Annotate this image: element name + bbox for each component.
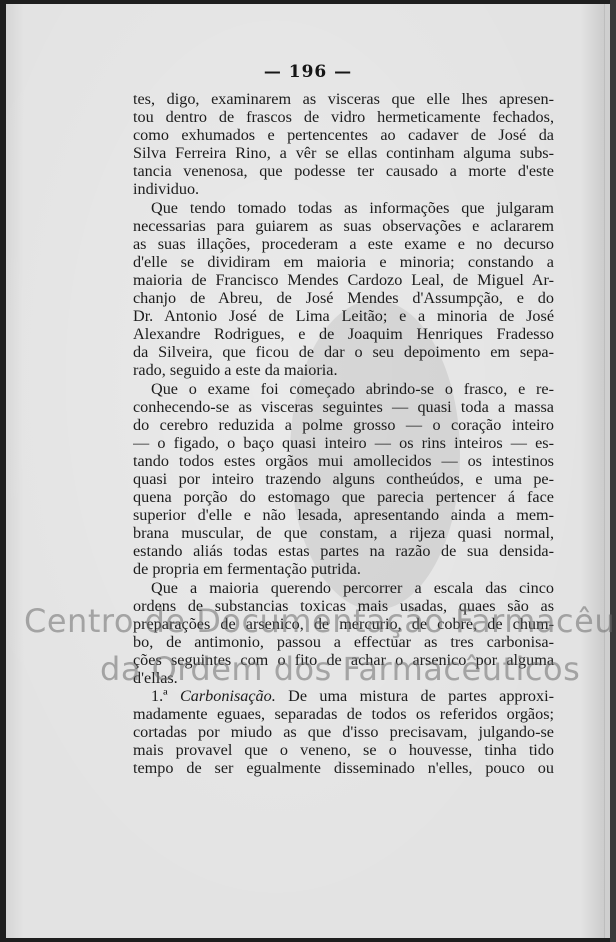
- text-line: da Silveira, que ficou de dar o seu depo…: [133, 343, 554, 361]
- text-line: Que tendo tomado todas as informações qu…: [133, 199, 554, 217]
- text-line: tancia venenosa, que podesse ter causado…: [133, 162, 554, 180]
- text-line: superior d'elle e não lesada, apresentan…: [133, 506, 554, 524]
- text-line: cortadas por miudo as que d'isso precisa…: [133, 723, 554, 741]
- text-line: quena porção do estomago que parecia per…: [133, 488, 554, 506]
- text-line: Silva Ferreira Rino, a vêr se ellas cont…: [133, 144, 554, 162]
- text-line: Alexandre Rodrigues, e de Joaquim Henriq…: [133, 325, 554, 343]
- page-number: — 196 —: [0, 62, 616, 82]
- section-number: 1.ª: [151, 687, 180, 705]
- scan-edge: [610, 0, 616, 942]
- text-line: ções seguintes com o fito de achar o ars…: [133, 651, 554, 669]
- text-line: estando aliás todas estas partes na razã…: [133, 542, 554, 560]
- text-line: preparações de arsenico, de mercurio, de…: [133, 615, 554, 633]
- text-line: quasi por inteiro trazendo alguns conthe…: [133, 470, 554, 488]
- text-line: as suas illações, procederam a este exam…: [133, 235, 554, 253]
- text-line: como exhumados e pertencentes ao cadaver…: [133, 126, 554, 144]
- text-line: tou dentro de frascos de vidro hermetica…: [133, 108, 554, 126]
- text-line: Que a maioria querendo percorrer a escal…: [133, 579, 554, 597]
- text-line: rado, seguido a este da maioria.: [133, 361, 554, 379]
- body-text: tes, digo, examinarem as visceras que el…: [133, 90, 554, 778]
- text-line: ordens de substancias toxicas mais usada…: [133, 597, 554, 615]
- text-line: tando todos estes orgãos mui amollecidos…: [133, 452, 554, 470]
- text-fragment: De uma mistura de partes approxi-: [276, 687, 554, 705]
- text-line: conhecendo-se as visceras seguintes — qu…: [133, 398, 554, 416]
- text-line: madamente eguaes, separadas de todos os …: [133, 705, 554, 723]
- text-line: — o figado, o baço quasi inteiro — os ri…: [133, 434, 554, 452]
- paragraph-5: 1.ª Carbonisação. De uma mistura de part…: [133, 687, 554, 777]
- section-title: Carbonisação.: [180, 687, 276, 705]
- text-line: d'ellas.: [133, 669, 554, 687]
- paragraph-1: tes, digo, examinarem as visceras que el…: [133, 90, 554, 199]
- paragraph-2: Que tendo tomado todas as informações qu…: [133, 199, 554, 380]
- text-line: do cerebro reduzida a polme grosso — o c…: [133, 416, 554, 434]
- text-line: de propria em fermentação putrida.: [133, 560, 554, 578]
- paragraph-3: Que o exame foi começado abrindo-se o fr…: [133, 380, 554, 579]
- text-line: d'elle se dividiram em maioria e minoria…: [133, 253, 554, 271]
- text-line: chanjo de Abreu, de José Mendes d'Assump…: [133, 289, 554, 307]
- text-line: maioria de Francisco Mendes Cardozo Leal…: [133, 271, 554, 289]
- paragraph-4: Que a maioria querendo percorrer a escal…: [133, 579, 554, 688]
- text-line: necessarias para guiarem as suas observa…: [133, 217, 554, 235]
- text-line: mais provavel que o veneno, se o houvess…: [133, 741, 554, 759]
- text-line: tes, digo, examinarem as visceras que el…: [133, 90, 554, 108]
- text-line: tempo de ser egualmente disseminado n'el…: [133, 759, 554, 777]
- text-line: individuo.: [133, 180, 554, 198]
- text-line: 1.ª Carbonisação. De uma mistura de part…: [133, 687, 554, 705]
- text-line: bo, de antimonio, passou a effectuar as …: [133, 633, 554, 651]
- text-line: brana muscular, de que constam, a rijeza…: [133, 524, 554, 542]
- text-line: Dr. Antonio José de Lima Leitão; e a min…: [133, 307, 554, 325]
- text-line: Que o exame foi começado abrindo-se o fr…: [133, 380, 554, 398]
